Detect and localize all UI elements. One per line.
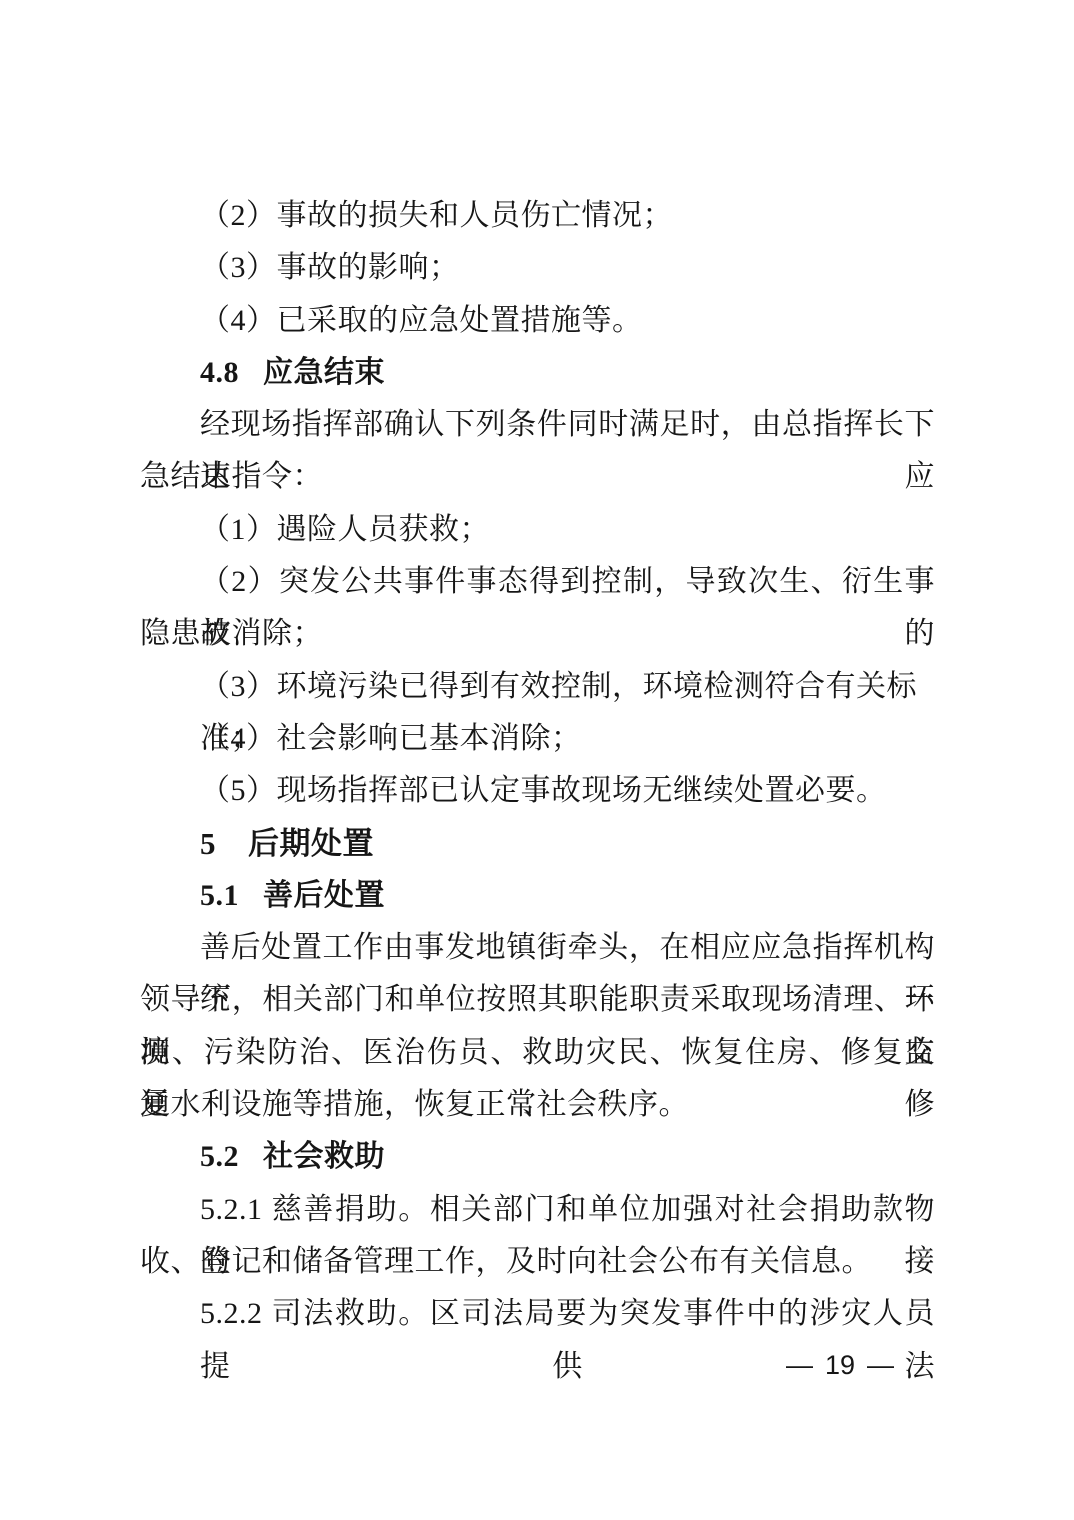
paragraph-line: （5）现场指挥部已认定事故现场无继续处置必要。	[140, 765, 935, 817]
paragraph-line: 5.2.2 司法救助。区司法局要为突发事件中的涉灾人员提供法	[140, 1288, 935, 1340]
paragraph-line: 领导下，相关部门和单位按照其职能职责采取现场清理、环境监	[140, 974, 935, 1026]
heading-5-2: 5.2社会救助	[140, 1131, 935, 1183]
page-number-value: 19	[825, 1350, 855, 1380]
heading-title: 应急结束	[263, 356, 385, 389]
document-page: （2）事故的损失和人员伤亡情况； （3）事故的影响； （4）已采取的应急处置措施…	[0, 0, 1074, 1520]
page-number-dash-left: —	[786, 1350, 813, 1380]
document-content: （2）事故的损失和人员伤亡情况； （3）事故的影响； （4）已采取的应急处置措施…	[140, 190, 935, 1341]
page-number: —19—	[774, 1348, 906, 1382]
heading-5: 5后期处置	[140, 818, 935, 870]
paragraph-line: 测、污染防治、医治伤员、救助灾民、恢复住房、修复交通、修	[140, 1027, 935, 1079]
heading-number: 5.2	[200, 1140, 239, 1173]
heading-title: 后期处置	[248, 826, 374, 861]
heading-number: 5.1	[200, 879, 239, 912]
heading-number: 4.8	[200, 356, 239, 389]
page-number-dash-right: —	[867, 1350, 894, 1380]
paragraph-line: （4）社会影响已基本消除；	[140, 713, 935, 765]
paragraph-line: 收、登记和储备管理工作，及时向社会公布有关信息。	[140, 1236, 935, 1288]
heading-5-1: 5.1善后处置	[140, 870, 935, 922]
heading-number: 5	[200, 826, 216, 861]
paragraph-line: （1）遇险人员获救；	[140, 504, 935, 556]
paragraph-line: （4）已采取的应急处置措施等。	[140, 295, 935, 347]
paragraph-line: （3）事故的影响；	[140, 242, 935, 294]
paragraph-line: 5.2.1 慈善捐助。相关部门和单位加强对社会捐助款物的接	[140, 1184, 935, 1236]
heading-title: 善后处置	[263, 879, 385, 912]
paragraph-line: 经现场指挥部确认下列条件同时满足时，由总指挥长下达应	[140, 399, 935, 451]
paragraph-line: 善后处置工作由事发地镇街牵头，在相应应急指挥机构统一	[140, 922, 935, 974]
heading-title: 社会救助	[263, 1140, 385, 1173]
heading-4-8: 4.8应急结束	[140, 347, 935, 399]
paragraph-line: （2）事故的损失和人员伤亡情况；	[140, 190, 935, 242]
paragraph-line: （3）环境污染已得到有效控制，环境检测符合有关标准；	[140, 661, 935, 713]
paragraph-line: （2）突发公共事件事态得到控制，导致次生、衍生事故的	[140, 556, 935, 608]
